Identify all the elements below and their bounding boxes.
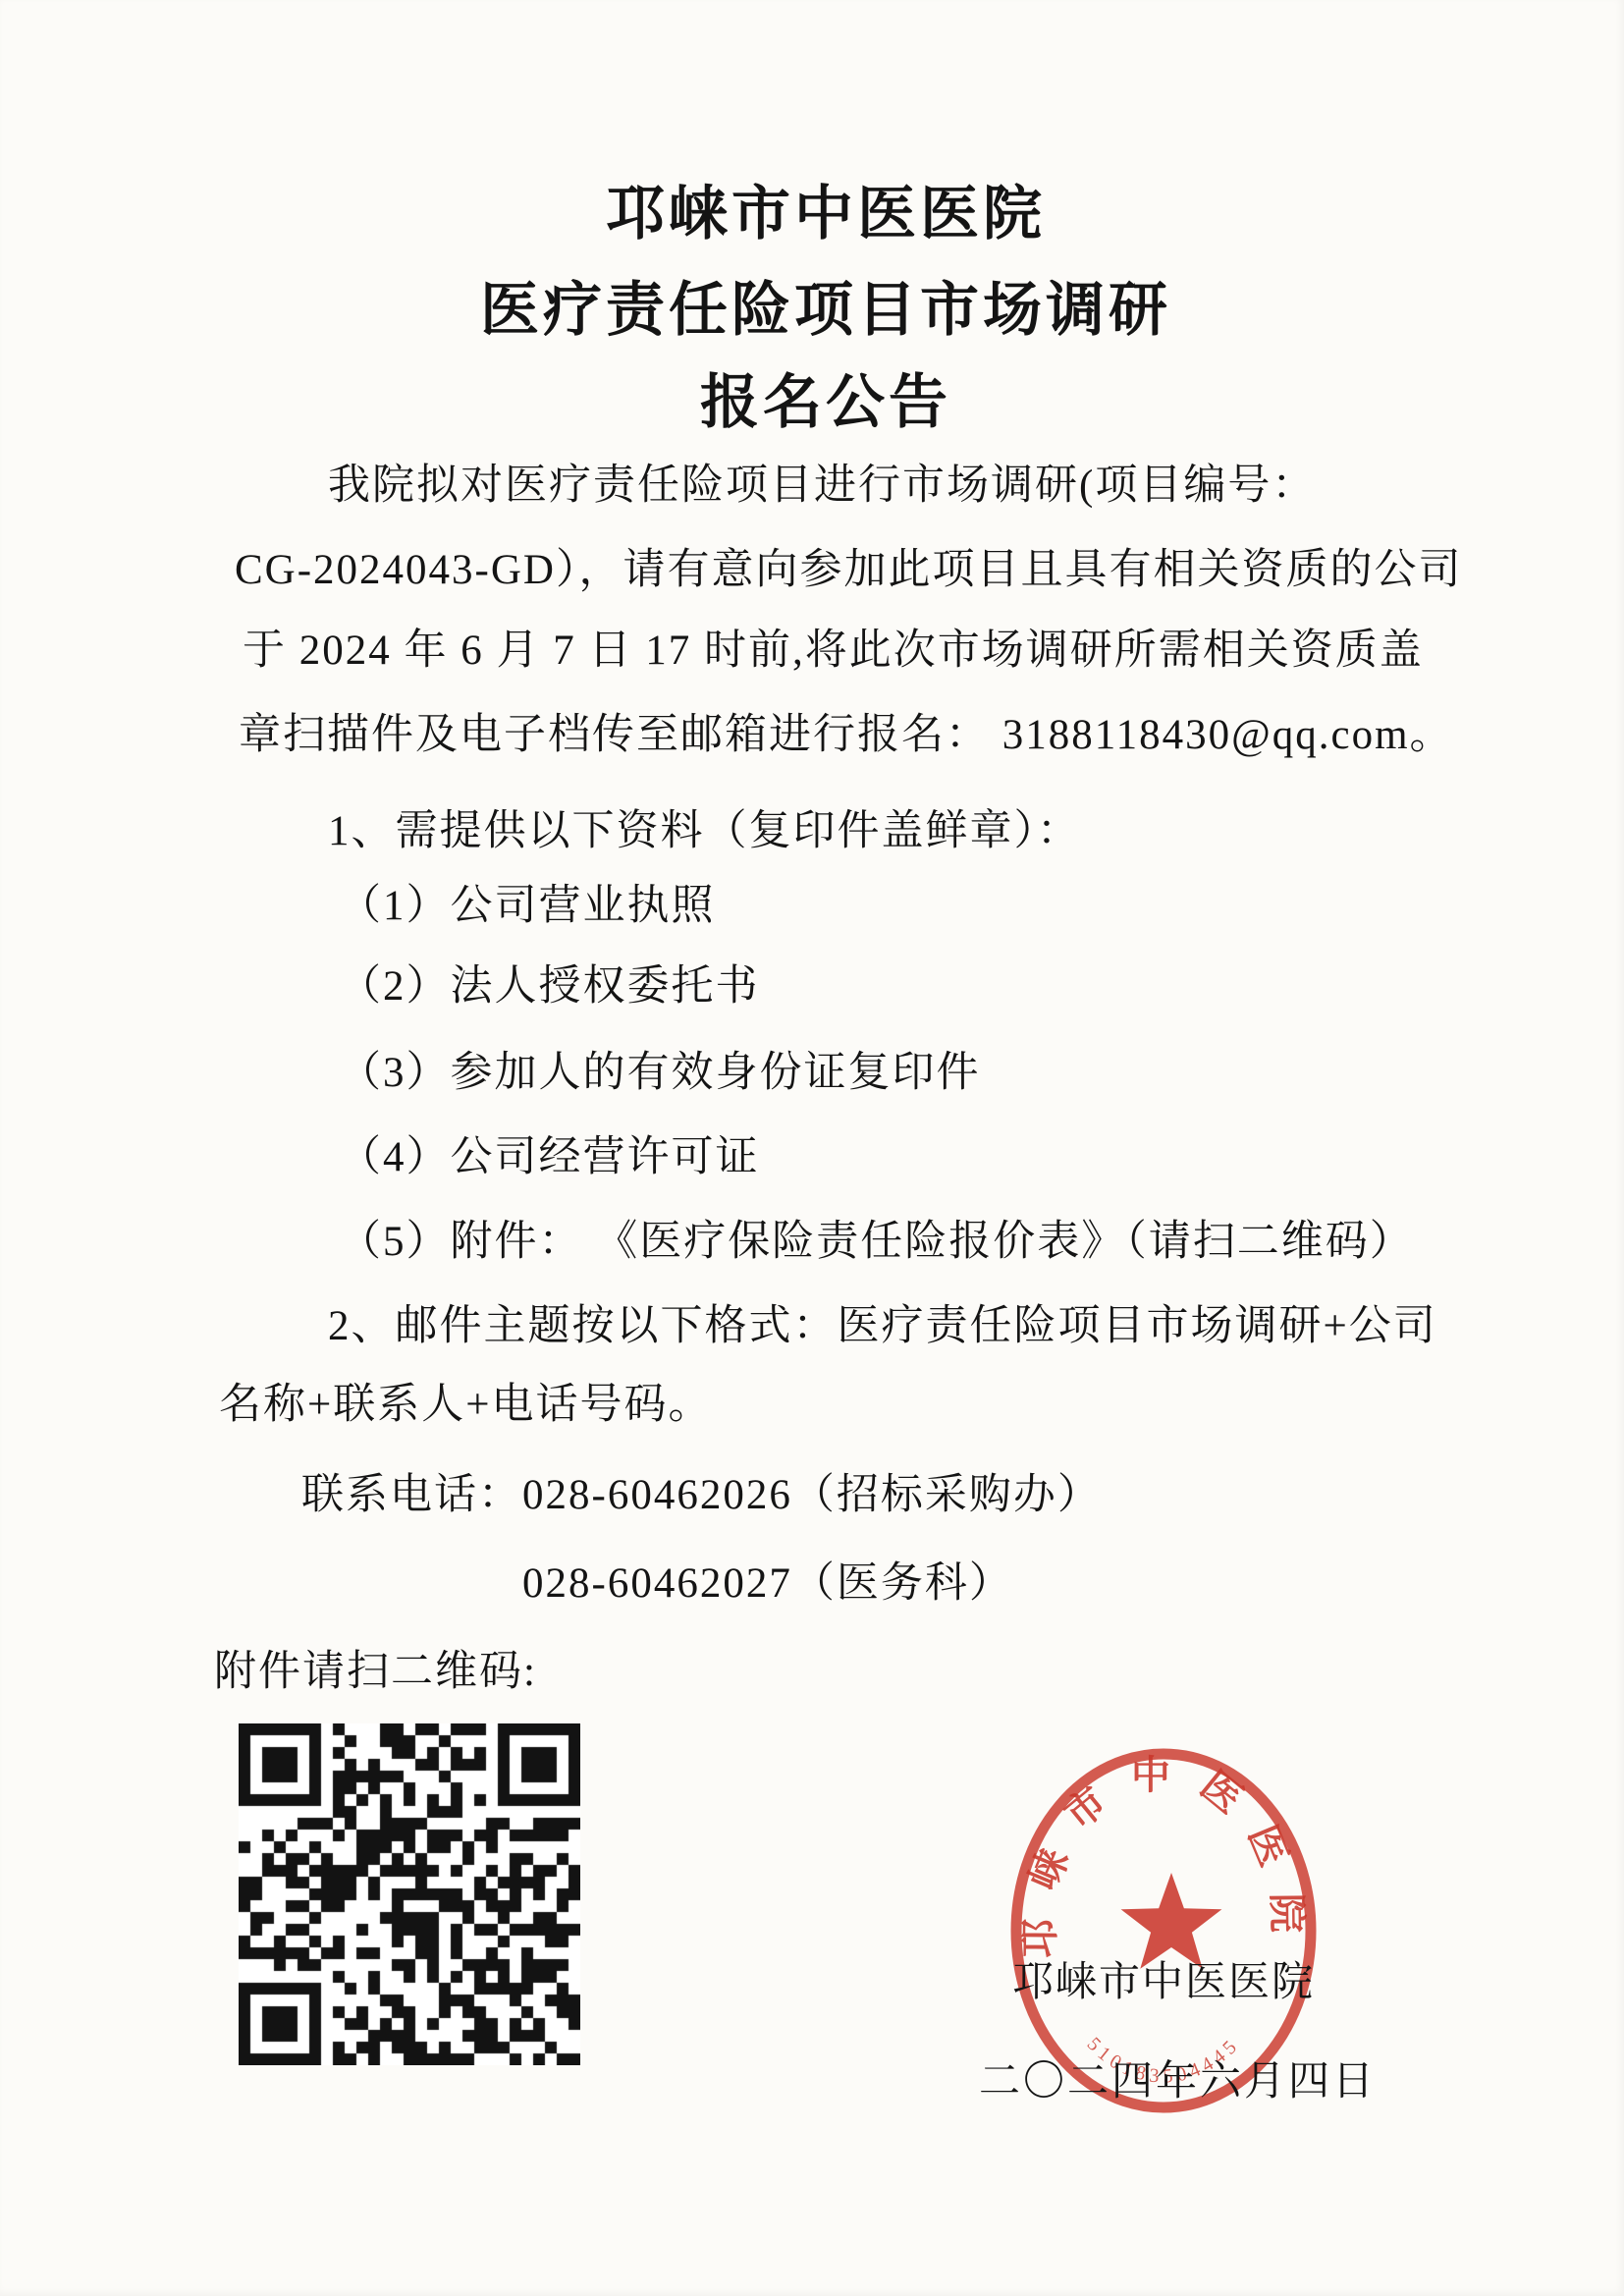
qr-instruction: 附件请扫二维码: bbox=[214, 1646, 537, 1699]
list2-continuation: 名称+联系人+电话号码。 bbox=[219, 1379, 713, 1432]
intro-line-2: CG-2024043-GD），请有意向参加此项目且具有相关资质的公司 bbox=[235, 544, 1462, 597]
scanned-notice-page: 邛崃市中医医院 医疗责任险项目市场调研 报名公告 我院拟对医疗责任险项目进行市场… bbox=[0, 0, 1624, 2296]
page-title-announcement: 报名公告 bbox=[14, 355, 1624, 440]
page-title-hospital: 邛崃市中医医院 bbox=[14, 167, 1624, 251]
list1-item-5: （5）附件： 《医疗保险责任险报价表》（请扫二维码） bbox=[339, 1216, 1414, 1269]
list1-item-3: （3）参加人的有效身份证复印件 bbox=[339, 1047, 981, 1100]
list1-item-2: （2）法人授权委托书 bbox=[339, 960, 760, 1013]
contact-phone-1: 联系电话：028-60462026（招标采购办） bbox=[301, 1469, 1102, 1522]
list1-item-4: （4）公司经营许可证 bbox=[339, 1131, 760, 1184]
signature-date: 二〇二四年六月四日 bbox=[979, 2049, 1377, 2107]
list1-header: 1、需提供以下资料（复印件盖鲜章）： bbox=[328, 805, 1081, 858]
intro-line-3: 于 2024 年 6 月 7 日 17 时前,将此次市场调研所需相关资质盖 bbox=[243, 625, 1424, 678]
list2-header: 2、邮件主题按以下格式：医疗责任险项目市场调研+公司 bbox=[328, 1300, 1437, 1353]
list1-item-1: （1）公司营业执照 bbox=[339, 880, 716, 933]
intro-line-4: 章扫描件及电子档传至邮箱进行报名： 3188118430@qq.com。 bbox=[239, 709, 1454, 762]
signature-org: 邛崃市中医医院 bbox=[1012, 1949, 1315, 2008]
contact-phone-2: 028-60462027（医务科） bbox=[522, 1558, 1013, 1611]
attachment-qr-code bbox=[239, 1723, 580, 2065]
page-title-project: 医疗责任险项目市场调研 bbox=[14, 263, 1624, 348]
intro-line-1: 我院拟对医疗责任险项目进行市场调研(项目编号： bbox=[328, 460, 1316, 513]
